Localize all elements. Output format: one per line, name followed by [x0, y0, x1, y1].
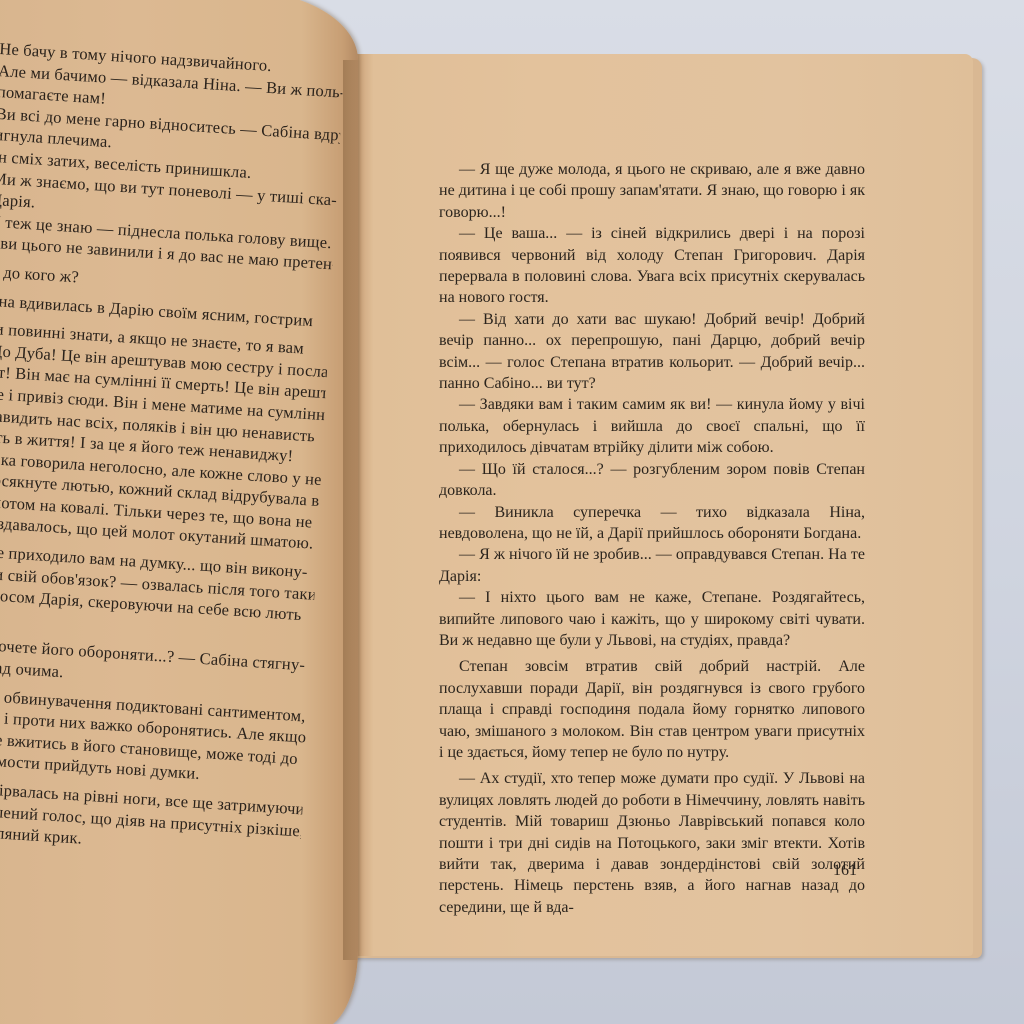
left-page: Не бачу в тому нічого надзвичайного. Але…: [0, 0, 358, 1024]
paragraph: — І ніхто цього вам не каже, Степане. Ро…: [439, 587, 865, 651]
right-page: — Я ще дуже молода, я цього не скриваю, …: [355, 54, 973, 956]
paragraph: — Що їй сталося...? — розгубленим зором …: [439, 459, 865, 502]
right-page-text: — Я ще дуже молода, я цього не скриваю, …: [439, 159, 865, 918]
paragraph: — Я ж нічого їй не зробив... — оправдува…: [439, 544, 865, 587]
paragraph: Степан зовсім втратив свій добрий настрі…: [439, 656, 865, 763]
paragraph: — Завдяки вам і таким самим як ви! — кин…: [439, 394, 865, 458]
gutter-shadow: [343, 60, 361, 960]
paragraph: — Я ще дуже молода, я цього не скриваю, …: [439, 159, 865, 223]
paragraph: — Від хати до хати вас шукаю! Добрий веч…: [439, 309, 865, 395]
paragraph: — Це ваша... — із сіней відкрились двері…: [439, 223, 865, 309]
page-number: 161: [833, 862, 857, 880]
paragraph: — Ах студії, хто тепер може думати про с…: [439, 768, 865, 918]
left-page-text: Не бачу в тому нічого надзвичайного. Але…: [0, 38, 344, 863]
paragraph: — Виникла суперечка — тихо відказала Нін…: [439, 502, 865, 545]
